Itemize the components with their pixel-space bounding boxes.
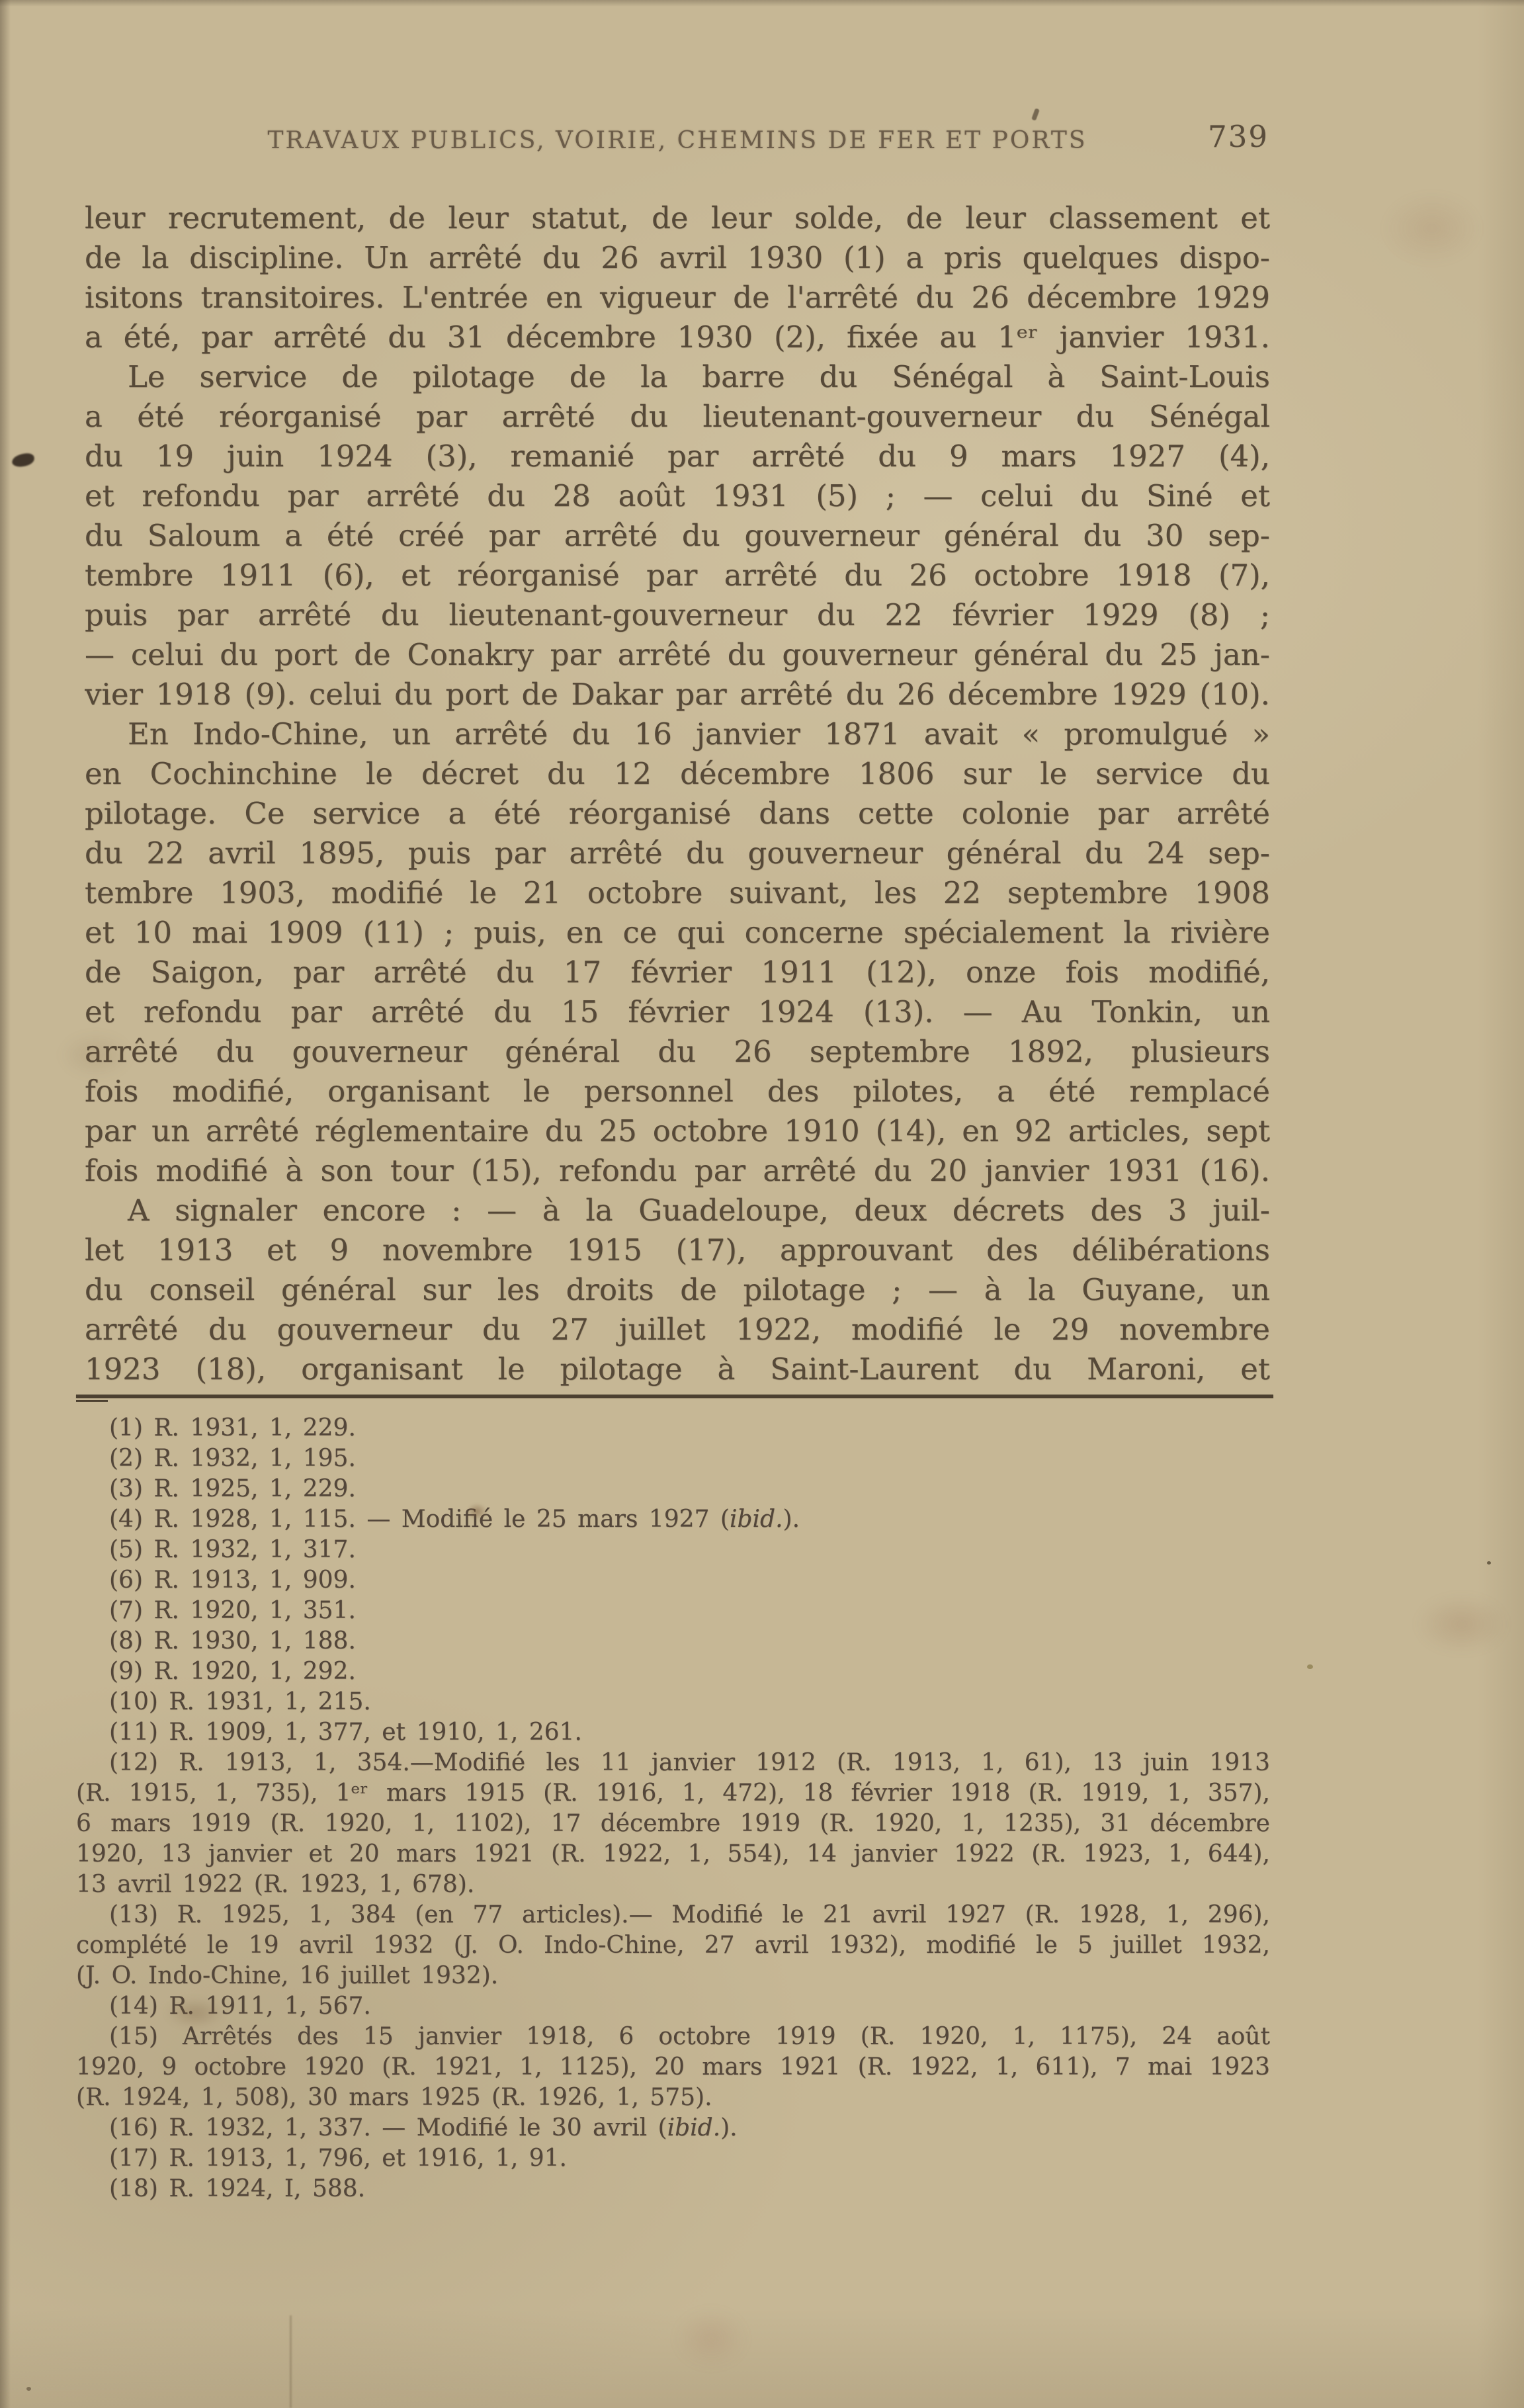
body-line: arrêté du gouverneur général du 26 septe… bbox=[85, 1032, 1270, 1072]
page-number: 739 bbox=[1208, 119, 1269, 154]
body-line: — celui du port de Conakry par arrêté du… bbox=[85, 635, 1270, 675]
footnotes: (1) R. 1931, 1, 229.(2) R. 1932, 1, 195.… bbox=[76, 1413, 1270, 2204]
footnote-line: (18) R. 1924, I, 588. bbox=[76, 2174, 1270, 2204]
margin-ink-blot bbox=[11, 452, 35, 468]
footnote-line: (2) R. 1932, 1, 195. bbox=[76, 1443, 1270, 1474]
body-line: puis par arrêté du lieutenant-gouverneur… bbox=[85, 595, 1270, 635]
footnote-line: (R. 1915, 1, 735), 1ᵉʳ mars 1915 (R. 191… bbox=[76, 1778, 1270, 1809]
paper-speck bbox=[1307, 1664, 1313, 1669]
footnote-separator bbox=[76, 1395, 1273, 1398]
footnote-line: (4) R. 1928, 1, 115. — Modifié le 25 mar… bbox=[76, 1504, 1270, 1535]
footnote-line: (10) R. 1931, 1, 215. bbox=[76, 1687, 1270, 1717]
body-line: et refondu par arrêté du 28 août 1931 (5… bbox=[85, 476, 1270, 516]
scanned-book-page: TRAVAUX PUBLICS, VOIRIE, CHEMINS DE FER … bbox=[0, 0, 1524, 2408]
body-line: let 1913 et 9 novembre 1915 (17), approu… bbox=[85, 1230, 1270, 1270]
footnote-line: (6) R. 1913, 1, 909. bbox=[76, 1565, 1270, 1596]
body-line: fois modifié à son tour (15), refondu pa… bbox=[85, 1151, 1270, 1191]
body-line: et refondu par arrêté du 15 février 1924… bbox=[85, 992, 1270, 1032]
paper-speck bbox=[26, 2387, 31, 2391]
footnote-line: (5) R. 1932, 1, 317. bbox=[76, 1535, 1270, 1565]
footnote-line: (3) R. 1925, 1, 229. bbox=[76, 1474, 1270, 1504]
footnote-line: (8) R. 1930, 1, 188. bbox=[76, 1626, 1270, 1656]
body-line: a été réorganisé par arrêté du lieutenan… bbox=[85, 397, 1270, 437]
footnote-line: (13) R. 1925, 1, 384 (en 77 articles).— … bbox=[76, 1900, 1270, 1930]
body-line: tembre 1911 (6), et réorganisé par arrêt… bbox=[85, 556, 1270, 595]
footnote-line: 1920, 13 janvier et 20 mars 1921 (R. 192… bbox=[76, 1839, 1270, 1870]
body-line: de Saigon, par arrêté du 17 février 1911… bbox=[85, 953, 1270, 992]
paper-stain bbox=[1416, 1594, 1508, 1654]
body-line: Le service de pilotage de la barre du Sé… bbox=[85, 357, 1270, 397]
body-line: leur recrutement, de leur statut, de leu… bbox=[85, 198, 1270, 238]
footnote-line: (17) R. 1913, 1, 796, et 1916, 1, 91. bbox=[76, 2143, 1270, 2174]
body-line: du 22 avril 1895, puis par arrêté du gou… bbox=[85, 834, 1270, 873]
footnote-line: 1920, 9 octobre 1920 (R. 1921, 1, 1125),… bbox=[76, 2052, 1270, 2083]
footnote-line: (12) R. 1913, 1, 354.—Modifié les 11 jan… bbox=[76, 1748, 1270, 1778]
body-line: du 19 juin 1924 (3), remanié par arrêté … bbox=[85, 437, 1270, 476]
body-line: A signaler encore : — à la Guadeloupe, d… bbox=[85, 1191, 1270, 1230]
body-line: du Saloum a été créé par arrêté du gouve… bbox=[85, 516, 1270, 556]
body-line: par un arrêté réglementaire du 25 octobr… bbox=[85, 1111, 1270, 1151]
body-line: a été, par arrêté du 31 décembre 1930 (2… bbox=[85, 318, 1270, 357]
footnote-line: (14) R. 1911, 1, 567. bbox=[76, 1991, 1270, 2022]
paper-speck bbox=[1487, 1561, 1491, 1565]
stray-mark bbox=[1031, 108, 1040, 120]
paper-stain bbox=[1382, 192, 1482, 265]
footnote-line: (16) R. 1932, 1, 337. — Modifié le 30 av… bbox=[76, 2113, 1270, 2143]
body-line: du conseil général sur les droits de pil… bbox=[85, 1270, 1270, 1310]
body-line: En Indo-Chine, un arrêté du 16 janvier 1… bbox=[85, 714, 1270, 754]
footnote-line: 6 mars 1919 (R. 1920, 1, 1102), 17 décem… bbox=[76, 1809, 1270, 1839]
body-line: de la discipline. Un arrêté du 26 avril … bbox=[85, 238, 1270, 278]
footnote-line: complété le 19 avril 1932 (J. O. Indo-Ch… bbox=[76, 1930, 1270, 1961]
body-line: arrêté du gouverneur du 27 juillet 1922,… bbox=[85, 1310, 1270, 1350]
running-title: TRAVAUX PUBLICS, VOIRIE, CHEMINS DE FER … bbox=[267, 127, 1087, 154]
footnote-line: (15) Arrêtés des 15 janvier 1918, 6 octo… bbox=[76, 2022, 1270, 2052]
footnote-separator-tick bbox=[76, 1400, 108, 1402]
body-text: leur recrutement, de leur statut, de leu… bbox=[85, 198, 1270, 1389]
body-line: fois modifié, organisant le personnel de… bbox=[85, 1072, 1270, 1111]
footnote-line: (7) R. 1920, 1, 351. bbox=[76, 1596, 1270, 1626]
body-line: en Cochinchine le décret du 12 décembre … bbox=[85, 754, 1270, 794]
footnote-line: (9) R. 1920, 1, 292. bbox=[76, 1656, 1270, 1687]
footnote-line: (1) R. 1931, 1, 229. bbox=[76, 1413, 1270, 1443]
body-line: vier 1918 (9). celui du port de Dakar pa… bbox=[85, 675, 1270, 714]
body-line: 1923 (18), organisant le pilotage à Sain… bbox=[85, 1350, 1270, 1389]
paper-stain bbox=[675, 2309, 747, 2368]
footnote-line: (11) R. 1909, 1, 377, et 1910, 1, 261. bbox=[76, 1717, 1270, 1748]
footnote-line: (J. O. Indo-Chine, 16 juillet 1932). bbox=[76, 1961, 1270, 1991]
page-header: TRAVAUX PUBLICS, VOIRIE, CHEMINS DE FER … bbox=[85, 123, 1270, 163]
body-line: isitons transitoires. L'entrée en vigueu… bbox=[85, 278, 1270, 318]
body-line: et 10 mai 1909 (11) ; puis, en ce qui co… bbox=[85, 913, 1270, 953]
body-line: pilotage. Ce service a été réorganisé da… bbox=[85, 794, 1270, 834]
footnote-line: 13 avril 1922 (R. 1923, 1, 678). bbox=[76, 1870, 1270, 1900]
paper-crease bbox=[290, 2315, 292, 2408]
body-line: tembre 1903, modifié le 21 octobre suiva… bbox=[85, 873, 1270, 913]
footnote-line: (R. 1924, 1, 508), 30 mars 1925 (R. 1926… bbox=[76, 2083, 1270, 2113]
